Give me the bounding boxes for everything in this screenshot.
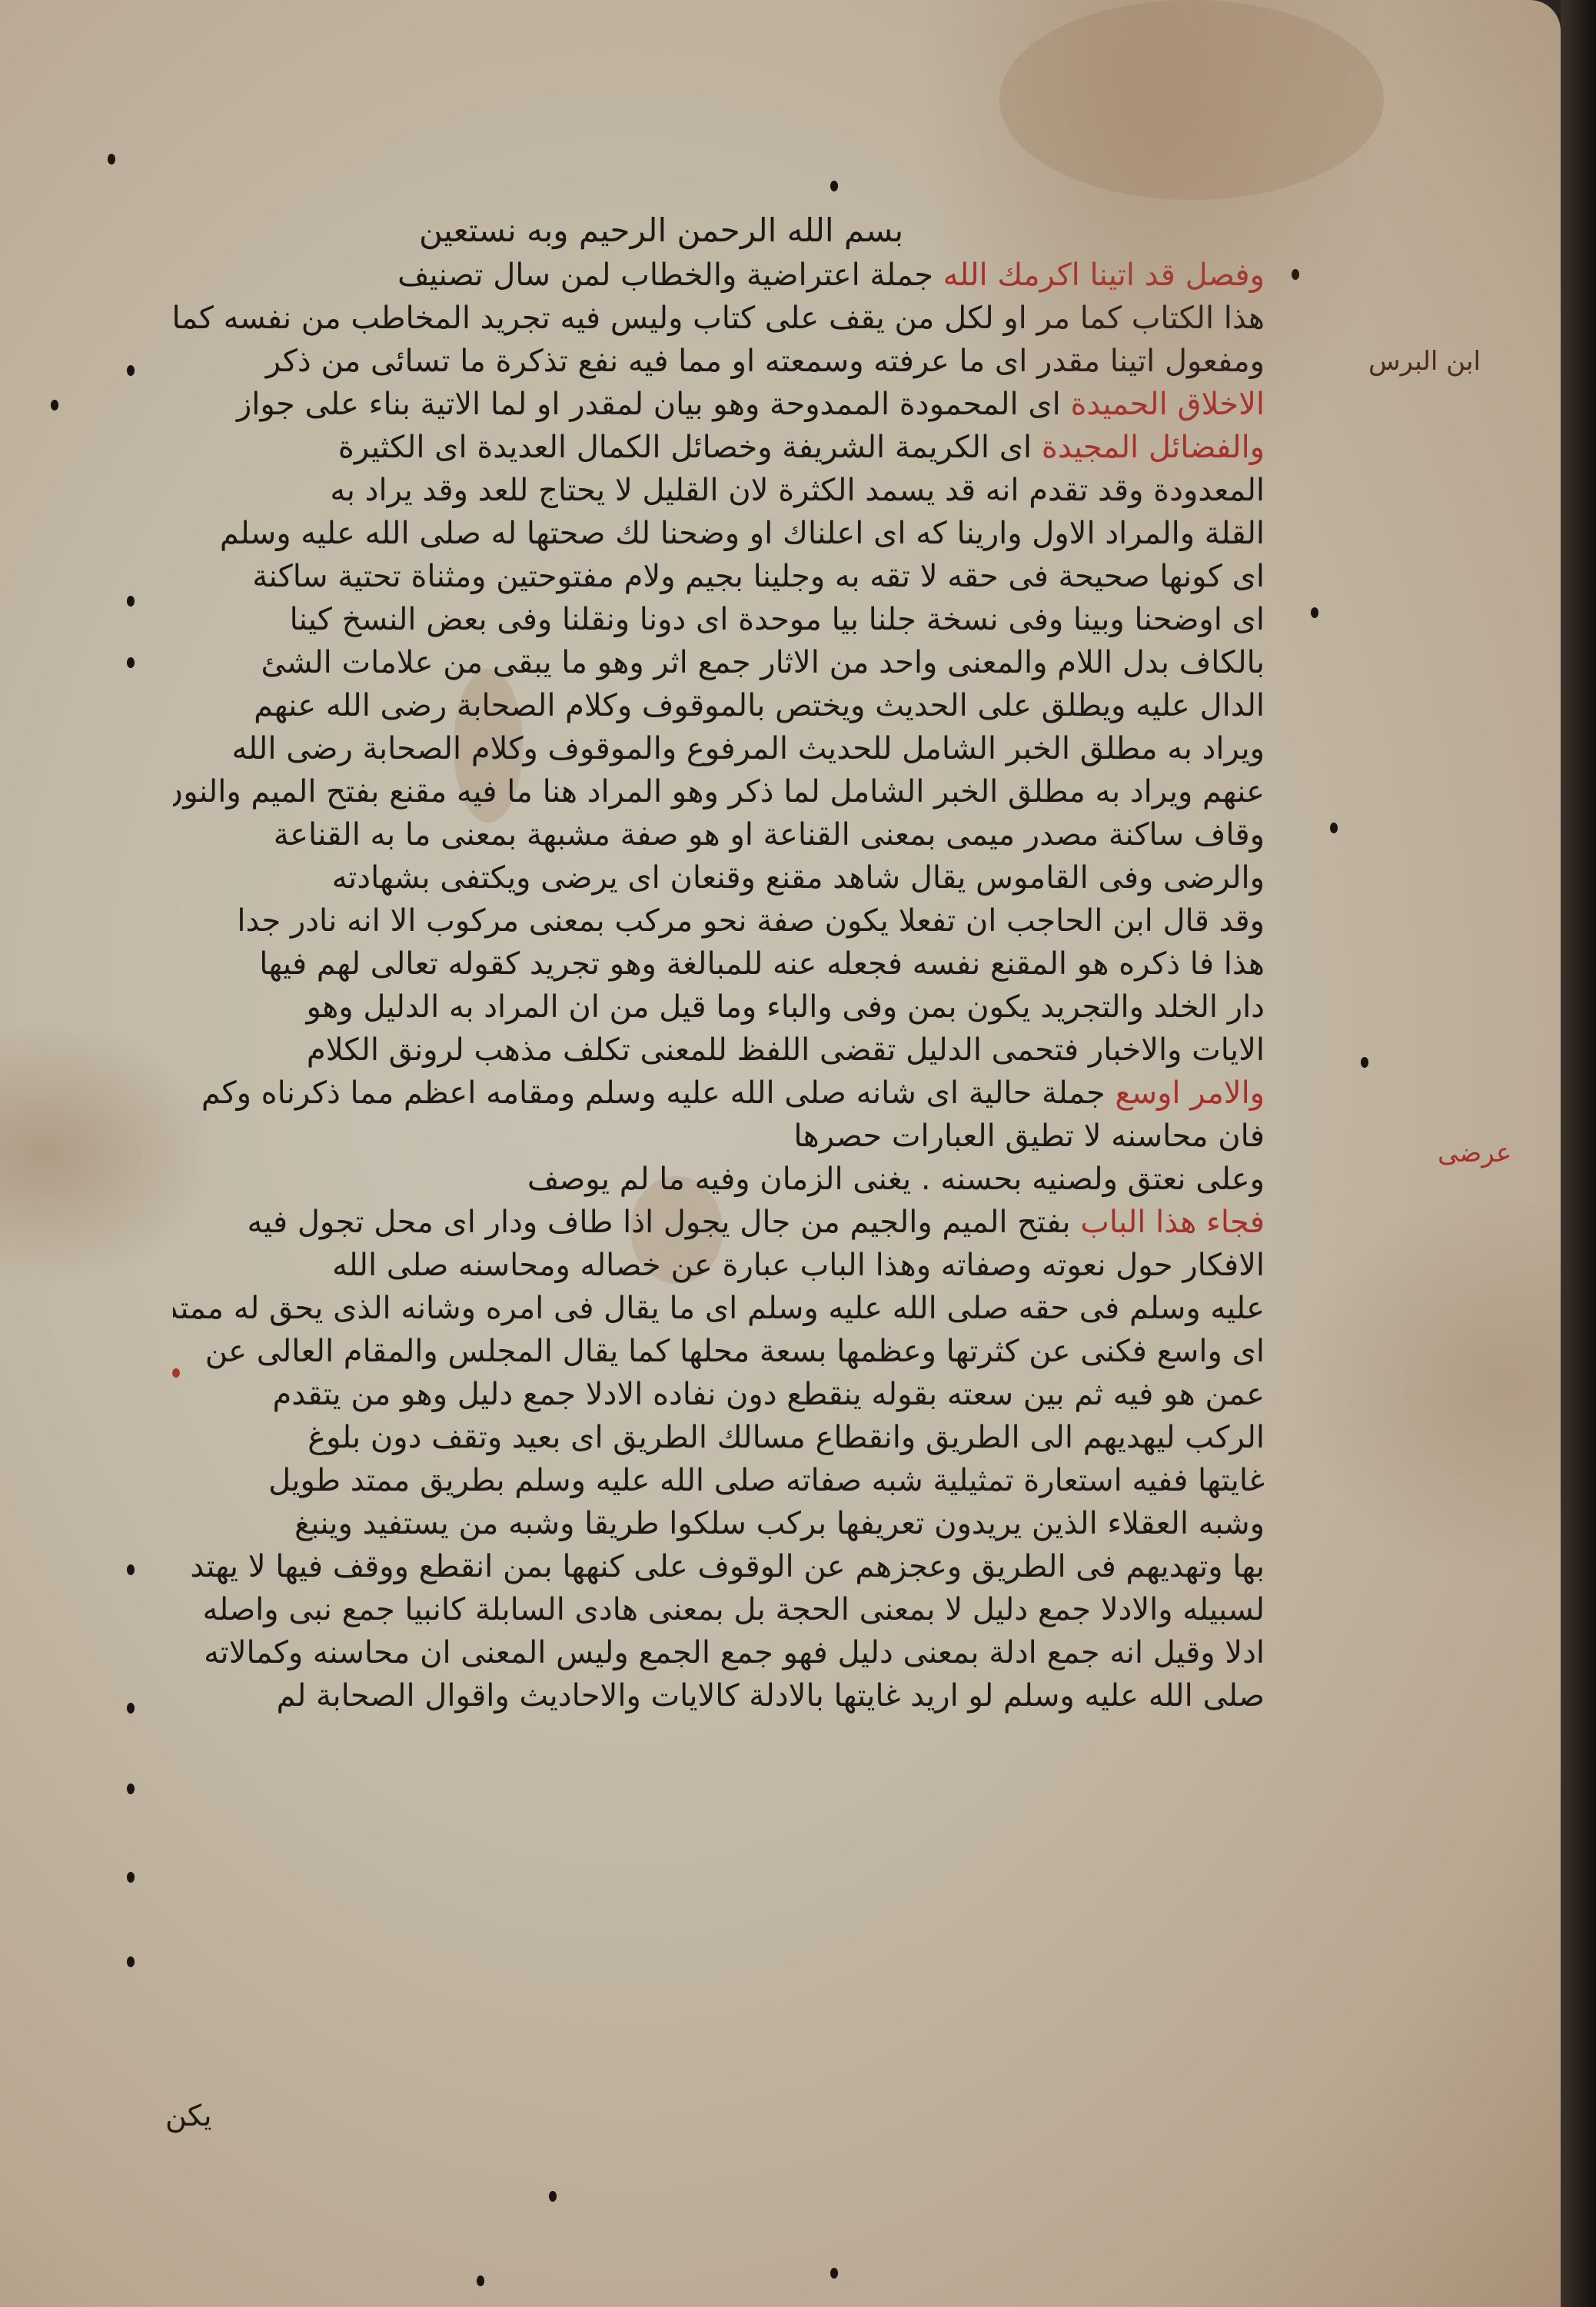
text-line: الدال عليه ويطلق على الحديث ويختص بالموق…: [173, 684, 1265, 727]
commentary-text: الافكار حول نعوته وصفاته وهذا الباب عبار…: [332, 1248, 1265, 1283]
rubricated-lemma: والامر اوسع: [1115, 1075, 1265, 1111]
commentary-text: فان محاسنه لا تطيق العبارات حصرها: [793, 1119, 1265, 1154]
rubricated-lemma: الاخلاق الحميدة: [1070, 387, 1265, 422]
wormhole-speck: [127, 1956, 135, 1967]
commentary-text: المعدودة وقد تقدم انه قد يسمد الكثرة لان…: [330, 473, 1265, 508]
commentary-text: عنهم ويراد به مطلق الخبر الشامل لما ذكر …: [173, 774, 1265, 809]
text-line: الاخلاق الحميدة اى المحمودة الممدوحة وهو…: [173, 383, 1265, 426]
wormhole-speck: [127, 1564, 135, 1575]
text-line: القلة والمراد الاول وارينا كه اى اعلناك …: [173, 512, 1265, 555]
wormhole-speck: [127, 1783, 135, 1794]
text-line: فان محاسنه لا تطيق العبارات حصرها: [173, 1115, 1265, 1158]
commentary-text: صلى الله عليه وسلم لو اريد غايتها بالادل…: [276, 1678, 1265, 1714]
commentary-text: جملة اعتراضية والخطاب لمن سال تصنيف: [397, 258, 943, 293]
paper-stain: [999, 0, 1384, 200]
commentary-text: جملة حالية اى شانه صلى الله عليه وسلم وم…: [201, 1075, 1115, 1111]
text-line: فجاء هذا الباب بفتح الميم والجيم من جال …: [173, 1201, 1265, 1244]
commentary-text: وعلى نعتق ولصنيه بحسنه . يغنى الزمان وفي…: [527, 1162, 1265, 1197]
text-line: والامر اوسع جملة حالية اى شانه صلى الله …: [173, 1072, 1265, 1115]
text-line: ويراد به مطلق الخبر الشامل للحديث المرفو…: [173, 727, 1265, 770]
manuscript-page: بسم الله الرحمن الرحيم وبه نستعين وفصل ق…: [0, 0, 1561, 2307]
commentary-text: وشبه العقلاء الذين يريدون تعريفها بركب س…: [294, 1506, 1265, 1541]
text-line: عنهم ويراد به مطلق الخبر الشامل لما ذكر …: [173, 770, 1265, 813]
commentary-text: ويراد به مطلق الخبر الشامل للحديث المرفو…: [231, 731, 1265, 766]
commentary-text: الركب ليهديهم الى الطريق وانقطاع مسالك ا…: [308, 1420, 1265, 1455]
text-line: وشبه العقلاء الذين يريدون تعريفها بركب س…: [173, 1502, 1265, 1545]
catchword: يكن: [165, 2099, 212, 2132]
text-line: وعلى نعتق ولصنيه بحسنه . يغنى الزمان وفي…: [173, 1158, 1265, 1201]
commentary-text: غايتها ففيه استعارة تمثيلية شبه صفاته صل…: [268, 1463, 1265, 1498]
margin-note-middle: عرضى: [1438, 1138, 1511, 1168]
rubricated-lemma: فجاء هذا الباب: [1080, 1205, 1265, 1240]
text-line: هذا الكتاب كما مر او لكل من يقف على كتاب…: [173, 297, 1265, 340]
wormhole-speck: [1292, 269, 1299, 280]
commentary-text: اى اوضحنا وبينا وفى نسخة جلنا بيا موحدة …: [290, 602, 1265, 637]
commentary-text: القلة والمراد الاول وارينا كه اى اعلناك …: [220, 516, 1265, 551]
text-lines: وفصل قد اتينا اكرمك الله جملة اعتراضية و…: [173, 254, 1265, 1717]
commentary-text: اى الكريمة الشريفة وخصائل الكمال العديدة…: [338, 430, 1042, 465]
text-line: عليه وسلم فى حقه صلى الله عليه وسلم اى م…: [173, 1287, 1265, 1330]
text-line: المعدودة وقد تقدم انه قد يسمد الكثرة لان…: [173, 469, 1265, 512]
commentary-text: بفتح الميم والجيم من جال يجول اذا طاف ود…: [248, 1205, 1081, 1240]
wormhole-speck: [108, 154, 115, 165]
text-line: والرضى وفى القاموس يقال شاهد مقنع وقنعان…: [173, 856, 1265, 899]
text-line: وقد قال ابن الحاجب ان تفعلا يكون صفة نحو…: [173, 899, 1265, 942]
text-line: لسبيله والادلا جمع دليل لا بمعنى الحجة ب…: [173, 1588, 1265, 1631]
wormhole-speck: [127, 365, 135, 376]
commentary-text: ومفعول اتينا مقدر اى ما عرفته وسمعته او …: [266, 344, 1265, 379]
text-line: الركب ليهديهم الى الطريق وانقطاع مسالك ا…: [173, 1416, 1265, 1459]
rubricated-lemma: والفضائل المجيدة: [1042, 430, 1265, 465]
commentary-text: الايات والاخبار فتحمى الدليل تقضى اللفظ …: [307, 1032, 1265, 1068]
commentary-text: لسبيله والادلا جمع دليل لا بمعنى الحجة ب…: [203, 1592, 1265, 1627]
commentary-text: اى واسع فكنى عن كثرتها وعظمها بسعة محلها…: [205, 1334, 1265, 1369]
text-line: الايات والاخبار فتحمى الدليل تقضى اللفظ …: [173, 1029, 1265, 1072]
text-line: والفضائل المجيدة اى الكريمة الشريفة وخصا…: [173, 426, 1265, 469]
commentary-text: عمن هو فيه ثم بين سعته بقوله ينقطع دون ن…: [272, 1377, 1265, 1412]
wormhole-speck: [549, 2191, 557, 2202]
commentary-text: اى كونها صحيحة فى حقه لا تقه به وجلينا ب…: [252, 559, 1265, 594]
text-line: عمن هو فيه ثم بين سعته بقوله ينقطع دون ن…: [173, 1373, 1265, 1416]
wormhole-speck: [830, 181, 838, 191]
text-line: ادلا وقيل انه جمع ادلة بمعنى دليل فهو جم…: [173, 1631, 1265, 1674]
text-line: صلى الله عليه وسلم لو اريد غايتها بالادل…: [173, 1674, 1265, 1717]
commentary-text: بالكاف بدل اللام والمعنى واحد من الاثار …: [261, 645, 1265, 680]
text-line: اى اوضحنا وبينا وفى نسخة جلنا بيا موحدة …: [173, 598, 1265, 641]
commentary-text: هذا فا ذكره هو المقنع نفسه فجعله عنه للم…: [259, 946, 1265, 982]
text-line: اى واسع فكنى عن كثرتها وعظمها بسعة محلها…: [173, 1330, 1265, 1373]
wormhole-speck: [830, 2268, 838, 2279]
text-line: غايتها ففيه استعارة تمثيلية شبه صفاته صل…: [173, 1459, 1265, 1502]
commentary-text: والرضى وفى القاموس يقال شاهد مقنع وقنعان…: [332, 860, 1265, 896]
commentary-text: اى المحمودة الممدوحة وهو بيان لمقدر او ل…: [237, 387, 1071, 422]
commentary-text: هذا الكتاب كما مر او لكل من يقف على كتاب…: [173, 301, 1265, 336]
commentary-text: وقد قال ابن الحاجب ان تفعلا يكون صفة نحو…: [237, 903, 1265, 939]
commentary-text: وقاف ساكنة مصدر ميمى بمعنى القناعة او هو…: [274, 817, 1265, 853]
text-line: اى كونها صحيحة فى حقه لا تقه به وجلينا ب…: [173, 555, 1265, 598]
text-line: ومفعول اتينا مقدر اى ما عرفته وسمعته او …: [173, 340, 1265, 383]
wormhole-speck: [477, 2275, 484, 2286]
wormhole-speck: [1311, 607, 1318, 618]
commentary-text: ادلا وقيل انه جمع ادلة بمعنى دليل فهو جم…: [204, 1635, 1265, 1670]
text-line: بالكاف بدل اللام والمعنى واحد من الاثار …: [173, 641, 1265, 684]
text-line: وفصل قد اتينا اكرمك الله جملة اعتراضية و…: [173, 254, 1265, 297]
commentary-text: الدال عليه ويطلق على الحديث ويختص بالموق…: [254, 688, 1265, 723]
commentary-text: دار الخلد والتجريد يكون بمن وفى والباء و…: [307, 989, 1265, 1025]
wormhole-speck: [1361, 1057, 1368, 1068]
commentary-text: بها وتهديهم فى الطريق وعجزهم عن الوقوف ع…: [190, 1549, 1265, 1584]
basmala-heading: بسم الله الرحمن الرحيم وبه نستعين: [173, 208, 1265, 254]
manuscript-text-block: بسم الله الرحمن الرحيم وبه نستعين وفصل ق…: [173, 208, 1265, 1717]
text-line: دار الخلد والتجريد يكون بمن وفى والباء و…: [173, 986, 1265, 1029]
text-line: هذا فا ذكره هو المقنع نفسه فجعله عنه للم…: [173, 942, 1265, 986]
text-line: الافكار حول نعوته وصفاته وهذا الباب عبار…: [173, 1244, 1265, 1287]
text-line: وقاف ساكنة مصدر ميمى بمعنى القناعة او هو…: [173, 813, 1265, 856]
wormhole-speck: [127, 1872, 135, 1883]
wormhole-speck: [51, 400, 58, 411]
rubricated-lemma: وفصل قد اتينا اكرمك الله: [943, 258, 1265, 293]
wormhole-speck: [127, 657, 135, 668]
page-edge-shadow: [1561, 0, 1596, 2307]
margin-note-top: ابن البرس: [1368, 346, 1481, 377]
wormhole-speck: [1330, 823, 1338, 833]
wormhole-speck: [127, 596, 135, 607]
wormhole-speck: [127, 1703, 135, 1714]
text-line: بها وتهديهم فى الطريق وعجزهم عن الوقوف ع…: [173, 1545, 1265, 1588]
commentary-text: عليه وسلم فى حقه صلى الله عليه وسلم اى م…: [173, 1291, 1265, 1326]
